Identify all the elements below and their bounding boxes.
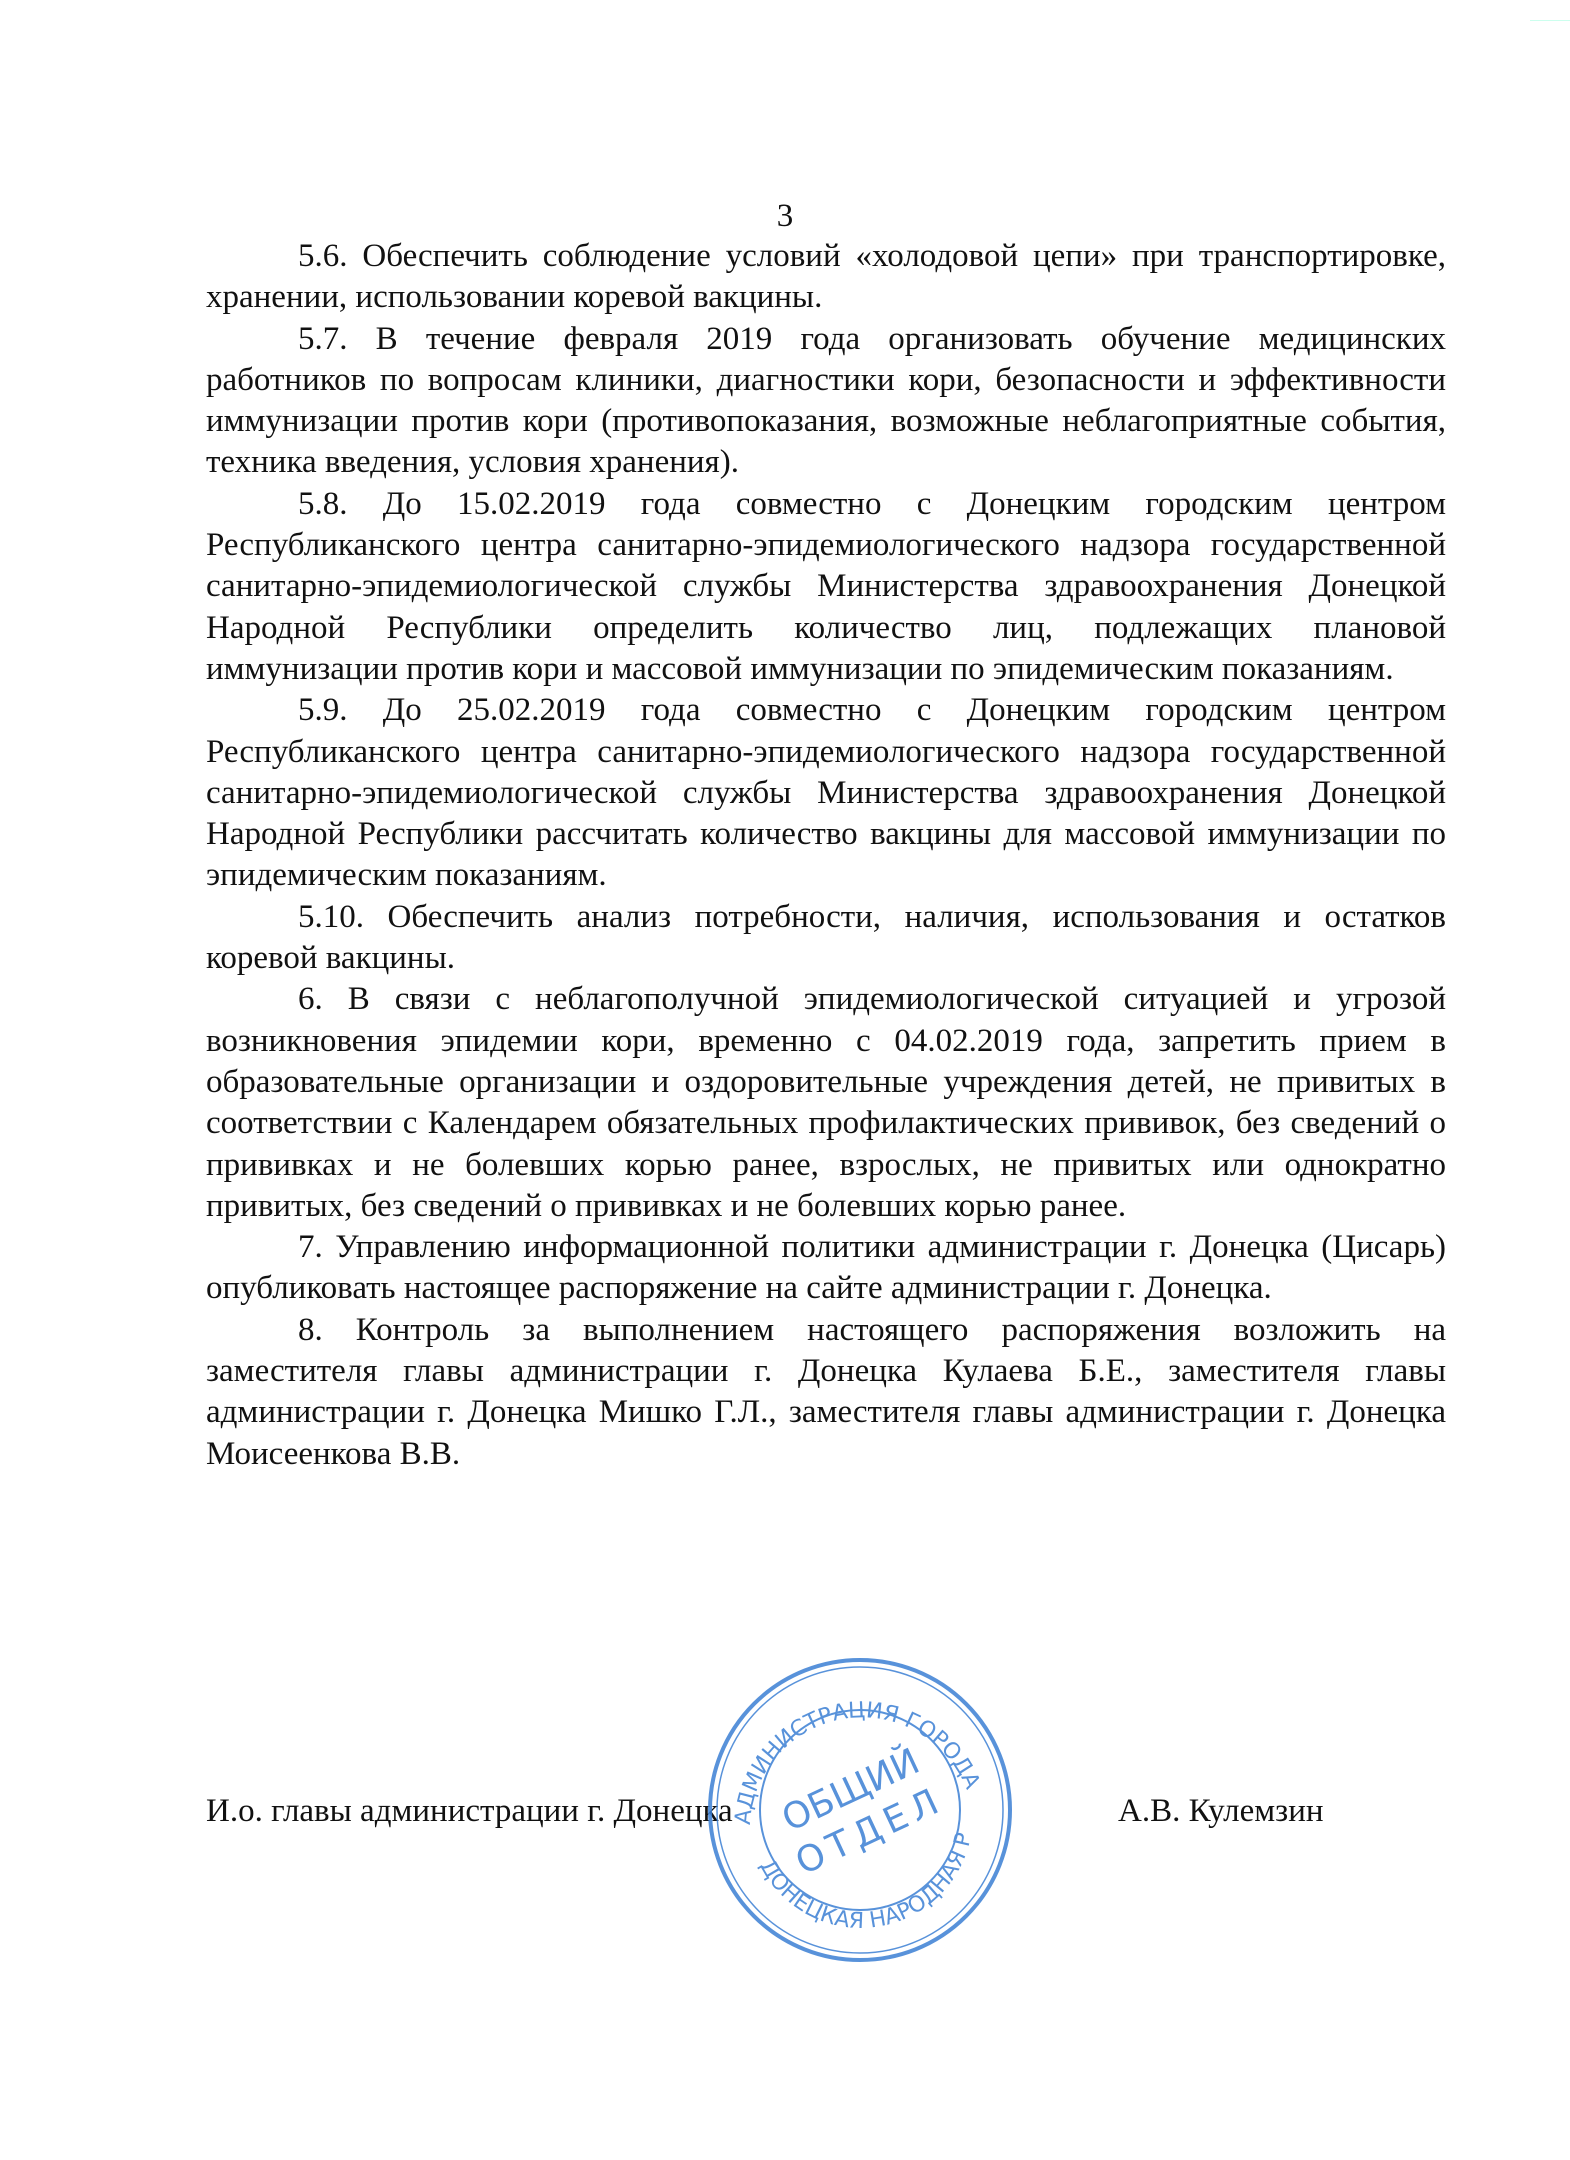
paragraph-7: 7. Управлению информационной политики ад…: [206, 1227, 1446, 1310]
signatory-name: А.В. Кулемзин: [1118, 1793, 1324, 1830]
scan-corner-mark: [1530, 0, 1570, 21]
paragraph-5-6: 5.6. Обеспечить соблюдение условий «холо…: [206, 236, 1446, 319]
paragraph-5-9: 5.9. До 25.02.2019 года совместно с Доне…: [206, 690, 1446, 896]
document-body: 5.6. Обеспечить соблюдение условий «холо…: [206, 236, 1446, 1475]
paragraph-5-8: 5.8. До 15.02.2019 года совместно с Доне…: [206, 484, 1446, 690]
paragraph-5-10: 5.10. Обеспечить анализ потребности, нал…: [206, 897, 1446, 980]
official-stamp-icon: АДМИНИСТРАЦИЯ ГОРОДА ДОНЕЦКА ДОНЕЦКАЯ НА…: [700, 1650, 1020, 1970]
paragraph-5-7: 5.7. В течение февраля 2019 года организ…: [206, 319, 1446, 484]
paragraph-8: 8. Контроль за выполнением настоящего ра…: [206, 1310, 1446, 1475]
page-number: 3: [0, 198, 1570, 235]
paragraph-6: 6. В связи с неблагополучной эпидемиолог…: [206, 979, 1446, 1227]
signatory-position: И.о. главы администрации г. Донецка: [206, 1793, 733, 1830]
